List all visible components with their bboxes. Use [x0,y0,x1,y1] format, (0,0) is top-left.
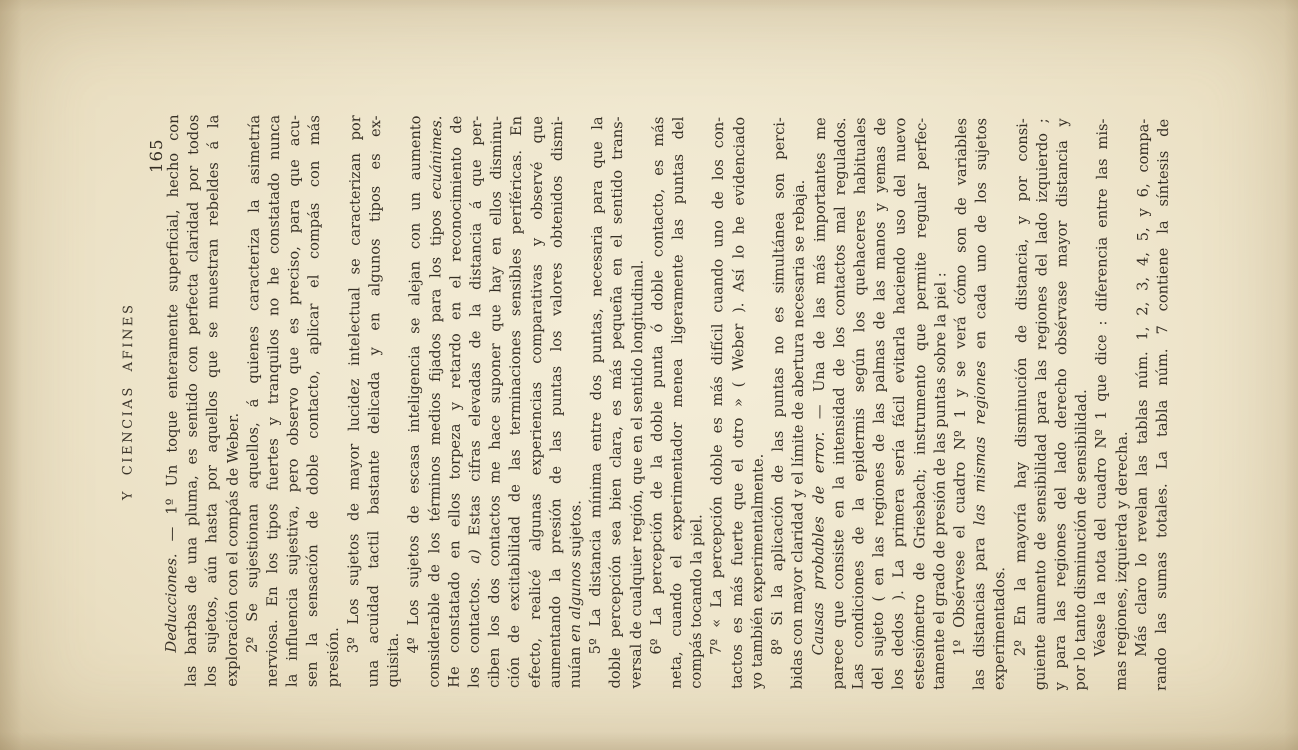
text-segment: los contactos. [466,564,484,688]
text-line: 2º En la mayoría hay disminución de dist… [1010,118,1033,690]
text-segment: nerviosa. En los tipos fuertes y tranqui… [264,115,283,687]
text-segment: versal de cualquier región, que en el se… [627,260,646,689]
text-segment: tactos es más fuerte que el otro » ( Web… [728,117,747,689]
text-segment: parece que consiste en la intensidad de … [829,117,848,689]
text-segment: los sujetos, aún hasta por aquellos que … [203,115,222,687]
text-segment: las distancias para [971,525,989,690]
text-line: tactos es más fuerte que el otro » ( Web… [727,117,750,689]
text-segment: 2º En la mayoría hay disminución de dist… [1011,118,1030,656]
text-line: 2º Se sujestionan aquellos, á quienes ca… [242,115,265,687]
text-segment: Véase la nota del cuadro Nº 1 que dice :… [1092,119,1111,657]
text-segment: Estas cifras elevadas de la distancia á … [466,116,485,549]
text-line: versal de cualquier región, que en el se… [626,116,649,688]
text-line: del sujeto ( en las regiones de las palm… [869,118,892,690]
text-segment: compás tocando la piel. [688,514,706,689]
text-line: los dedos ). La primera sería fácil evit… [889,118,912,690]
text-line: 3º Los sujetos de mayor lucidez intelect… [343,115,366,687]
text-line: Más claro lo revelan las tablas núm. 1, … [1131,119,1154,691]
text-line: presión. [323,115,346,687]
text-segment: exploración con el compás de Weber. [223,413,241,687]
text-line: 6º La percepción de la doble punta ó dob… [647,117,670,689]
text-line: efecto, realicé algunas experiencias com… [525,116,548,688]
text-line: quisita. [384,115,407,687]
text-segment: tamente el grado de presión de las punta… [930,272,949,690]
text-line: nuían en algunos sujetos. [566,116,589,688]
text-segment: una acuidad tactil bastante delicada y e… [365,115,384,687]
italic-text-segment: las mismas regiones [971,361,989,526]
text-line: una acuidad tactil bastante delicada y e… [364,115,387,687]
text-segment: 6º La percepción de la doble punta ó dob… [648,117,667,655]
text-line: experimentados. [990,118,1013,690]
text-line: considerable de los términos medios fija… [424,116,447,688]
text-line: ción de excitabilidad de las terminacion… [505,116,528,688]
text-segment: — 1º Un toque enteramente superficial, h… [163,114,182,553]
page-content: Y CIENCIAS AFINES 165 Deducciones. — 1º … [0,0,1298,750]
text-line: rando las sumas totales. La tabla núm. 7… [1152,119,1175,691]
text-segment: 4º Los sujetos de escasa inteligencia se… [405,116,424,654]
text-segment: estesiómetro de Griesbach; instrumento q… [910,118,929,690]
text-segment: en cada uno de los sujetos [972,118,990,361]
text-line: parece que consiste en la intensidad de … [828,117,851,689]
text-segment: la influencia sujestiva, pero observo qu… [284,115,303,687]
text-segment: 7º « La percepción doble es más difícil … [708,117,727,655]
text-line: compás tocando la piel. [687,117,710,689]
text-line: la influencia sujestiva, pero observo qu… [283,115,306,687]
text-line: doble percepción sea bien clara, es más … [606,116,629,688]
italic-text-segment: a) [466,549,483,563]
text-segment: y para las regiones del lado derecho obs… [1052,118,1071,690]
text-line: tamente el grado de presión de las punta… [929,118,952,690]
text-segment: 1º Obsérvese el cuadro Nº 1 y se verá có… [951,118,970,656]
text-line: las barbas de una pluma, es sentido con … [182,115,205,687]
text-segment: 5º La distancia mínima entre dos puntas,… [587,116,606,654]
text-line: aumentando la presión de las puntas los … [545,116,568,688]
text-segment: efecto, realicé algunas experiencias com… [526,116,545,688]
text-segment: mas regiones, izquierda y derecha. [1112,431,1130,690]
text-line: He constatado en ellos torpeza y retardo… [444,116,467,688]
scanned-page-canvas: Y CIENCIAS AFINES 165 Deducciones. — 1º … [0,0,1298,750]
text-segment: 8º Si la aplicación de las puntas no es … [769,117,788,655]
text-segment: doble percepción sea bien clara, es más … [607,116,626,688]
text-segment: guiente aumento de sensibilidad para las… [1031,118,1050,690]
text-segment: los dedos ). La primera sería fácil evit… [890,118,909,690]
text-segment: sen la sensación de doble contacto, apli… [304,115,323,687]
text-line: por lo tanto disminución de sensibilidad… [1071,118,1094,690]
text-line: los sujetos, aún hasta por aquellos que … [202,115,225,687]
text-line: 5º La distancia mínima entre dos puntas,… [586,116,609,688]
text-segment: — Una de las más importantes me [810,117,828,432]
text-segment: 3º Los sujetos de mayor lucidez intelect… [345,115,364,653]
text-segment: Las condiciones de la epidermis según lo… [850,117,869,689]
text-line: bidas con mayor claridad y el límite de … [788,117,811,689]
text-segment: bidas con mayor claridad y el límite de … [789,180,808,690]
text-segment: considerable de los términos medios fija… [425,199,444,687]
italic-text-segment: Causas probables de error. [809,432,827,656]
text-line: exploración con el compás de Weber. [222,115,245,687]
text-line: los contactos. a) Estas cifras elevadas … [465,116,488,688]
text-line: mas regiones, izquierda y derecha. [1111,119,1134,691]
text-line: 4º Los sujetos de escasa inteligencia se… [404,116,427,688]
italic-text-segment: ecuánimes. [427,116,444,200]
text-segment: las barbas de una pluma, es sentido con … [183,115,202,687]
text-segment: yo también experimentalmente. [749,454,767,689]
text-segment: ción de excitabilidad de las terminacion… [506,116,525,688]
text-segment: He constatado en ellos torpeza y retardo… [445,116,464,688]
text-segment: Más claro lo revelan las tablas núm. 1, … [1133,119,1152,657]
text-line: guiente aumento de sensibilidad para las… [1030,118,1053,690]
text-segment: del sujeto ( en las regiones de las palm… [870,118,889,690]
text-segment: experimentados. [991,567,1009,690]
body-text: Deducciones. — 1º Un toque enteramente s… [162,114,1175,690]
text-segment: nuían [567,642,584,688]
text-line: sen la sensación de doble contacto, apli… [303,115,326,687]
text-line: estesiómetro de Griesbach; instrumento q… [909,118,932,690]
text-segment: por lo tanto disminución de sensibilidad… [1072,389,1090,690]
text-line: Causas probables de error. — Una de las … [808,117,831,689]
text-line: Las condiciones de la epidermis según lo… [849,117,872,689]
text-line: Deducciones. — 1º Un toque enteramente s… [162,114,185,686]
text-line: y para las regiones del lado derecho obs… [1051,118,1074,690]
text-line: neta, cuando el experimentador menea lig… [667,117,690,689]
text-segment: neta, cuando el experimentador menea lig… [668,117,687,689]
text-line: ciben los dos contactos me hace suponer … [485,116,508,688]
text-line: 8º Si la aplicación de las puntas no es … [768,117,791,689]
text-line: yo también experimentalmente. [748,117,771,689]
text-segment: quisita. [385,633,402,688]
text-segment: rando las sumas totales. La tabla núm. 7… [1153,119,1172,691]
book-page: Y CIENCIAS AFINES 165 Deducciones. — 1º … [0,0,1298,750]
text-line: Véase la nota del cuadro Nº 1 que dice :… [1091,119,1114,691]
text-line: 1º Obsérvese el cuadro Nº 1 y se verá có… [950,118,973,690]
text-line: las distancias para las mismas regiones … [970,118,993,690]
text-segment: aumentando la presión de las puntas los … [546,116,565,688]
italic-text-segment: Deducciones. [163,553,180,652]
text-line: 7º « La percepción doble es más difícil … [707,117,730,689]
running-head: Y CIENCIAS AFINES [120,116,137,686]
text-segment: 2º Se sujestionan aquellos, á quienes ca… [244,115,263,653]
italic-text-segment: en algunos [567,562,584,643]
text-segment: sujetos. [567,500,584,562]
text-segment: presión. [324,627,341,687]
text-segment: ciben los dos contactos me hace suponer … [486,116,505,688]
text-line: nerviosa. En los tipos fuertes y tranqui… [263,115,286,687]
